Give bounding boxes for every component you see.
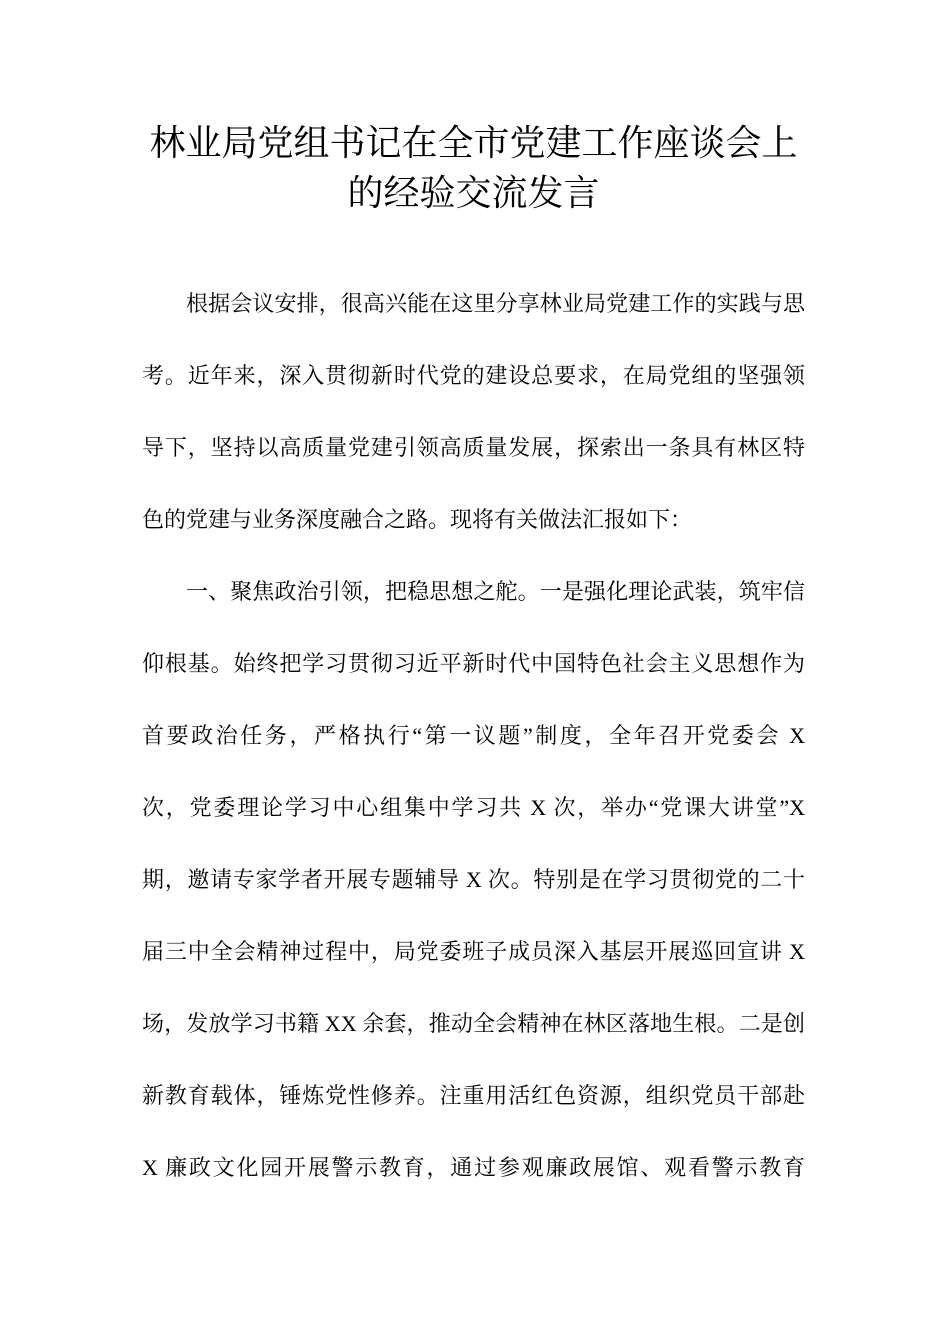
title-line-1: 林业局党组书记在全市党建工作座谈会上 bbox=[142, 118, 805, 168]
title-line-2: 的经验交流发言 bbox=[142, 168, 805, 218]
body-line: 根据会议安排，很高兴能在这里分享林业局党建工作的实践与思 bbox=[142, 268, 805, 340]
body-line: 考。近年来，深入贯彻新时代党的建设总要求，在局党组的坚强领 bbox=[142, 340, 805, 412]
body-line: 导下，坚持以高质量党建引领高质量发展，探索出一条具有林区特 bbox=[142, 412, 805, 484]
document-page: 林业局党组书记在全市党建工作座谈会上 的经验交流发言 根据会议安排，很高兴能在这… bbox=[0, 0, 950, 1344]
body-line: 首要政治任务，严格执行“第一议题”制度，全年召开党委会 X bbox=[142, 700, 805, 772]
body-line: 届三中全会精神过程中，局党委班子成员深入基层开展巡回宣讲 X bbox=[142, 916, 805, 988]
document-body: 根据会议安排，很高兴能在这里分享林业局党建工作的实践与思 考。近年来，深入贯彻新… bbox=[142, 268, 805, 1204]
body-line: 新教育载体，锤炼党性修养。注重用活红色资源，组织党员干部赴 bbox=[142, 1060, 805, 1132]
body-line: 场，发放学习书籍 XX 余套，推动全会精神在林区落地生根。二是创 bbox=[142, 988, 805, 1060]
body-line: 次，党委理论学习中心组集中学习共 X 次，举办“党课大讲堂”X bbox=[142, 772, 805, 844]
body-line: X 廉政文化园开展警示教育，通过参观廉政展馆、观看警示教育 bbox=[142, 1132, 805, 1204]
body-line: 期，邀请专家学者开展专题辅导 X 次。特别是在学习贯彻党的二十 bbox=[142, 844, 805, 916]
body-line: 仰根基。始终把学习贯彻习近平新时代中国特色社会主义思想作为 bbox=[142, 628, 805, 700]
document-title: 林业局党组书记在全市党建工作座谈会上 的经验交流发言 bbox=[142, 118, 805, 218]
body-line: 一、聚焦政治引领，把稳思想之舵。一是强化理论武装，筑牢信 bbox=[142, 556, 805, 628]
body-line: 色的党建与业务深度融合之路。现将有关做法汇报如下： bbox=[142, 484, 805, 556]
